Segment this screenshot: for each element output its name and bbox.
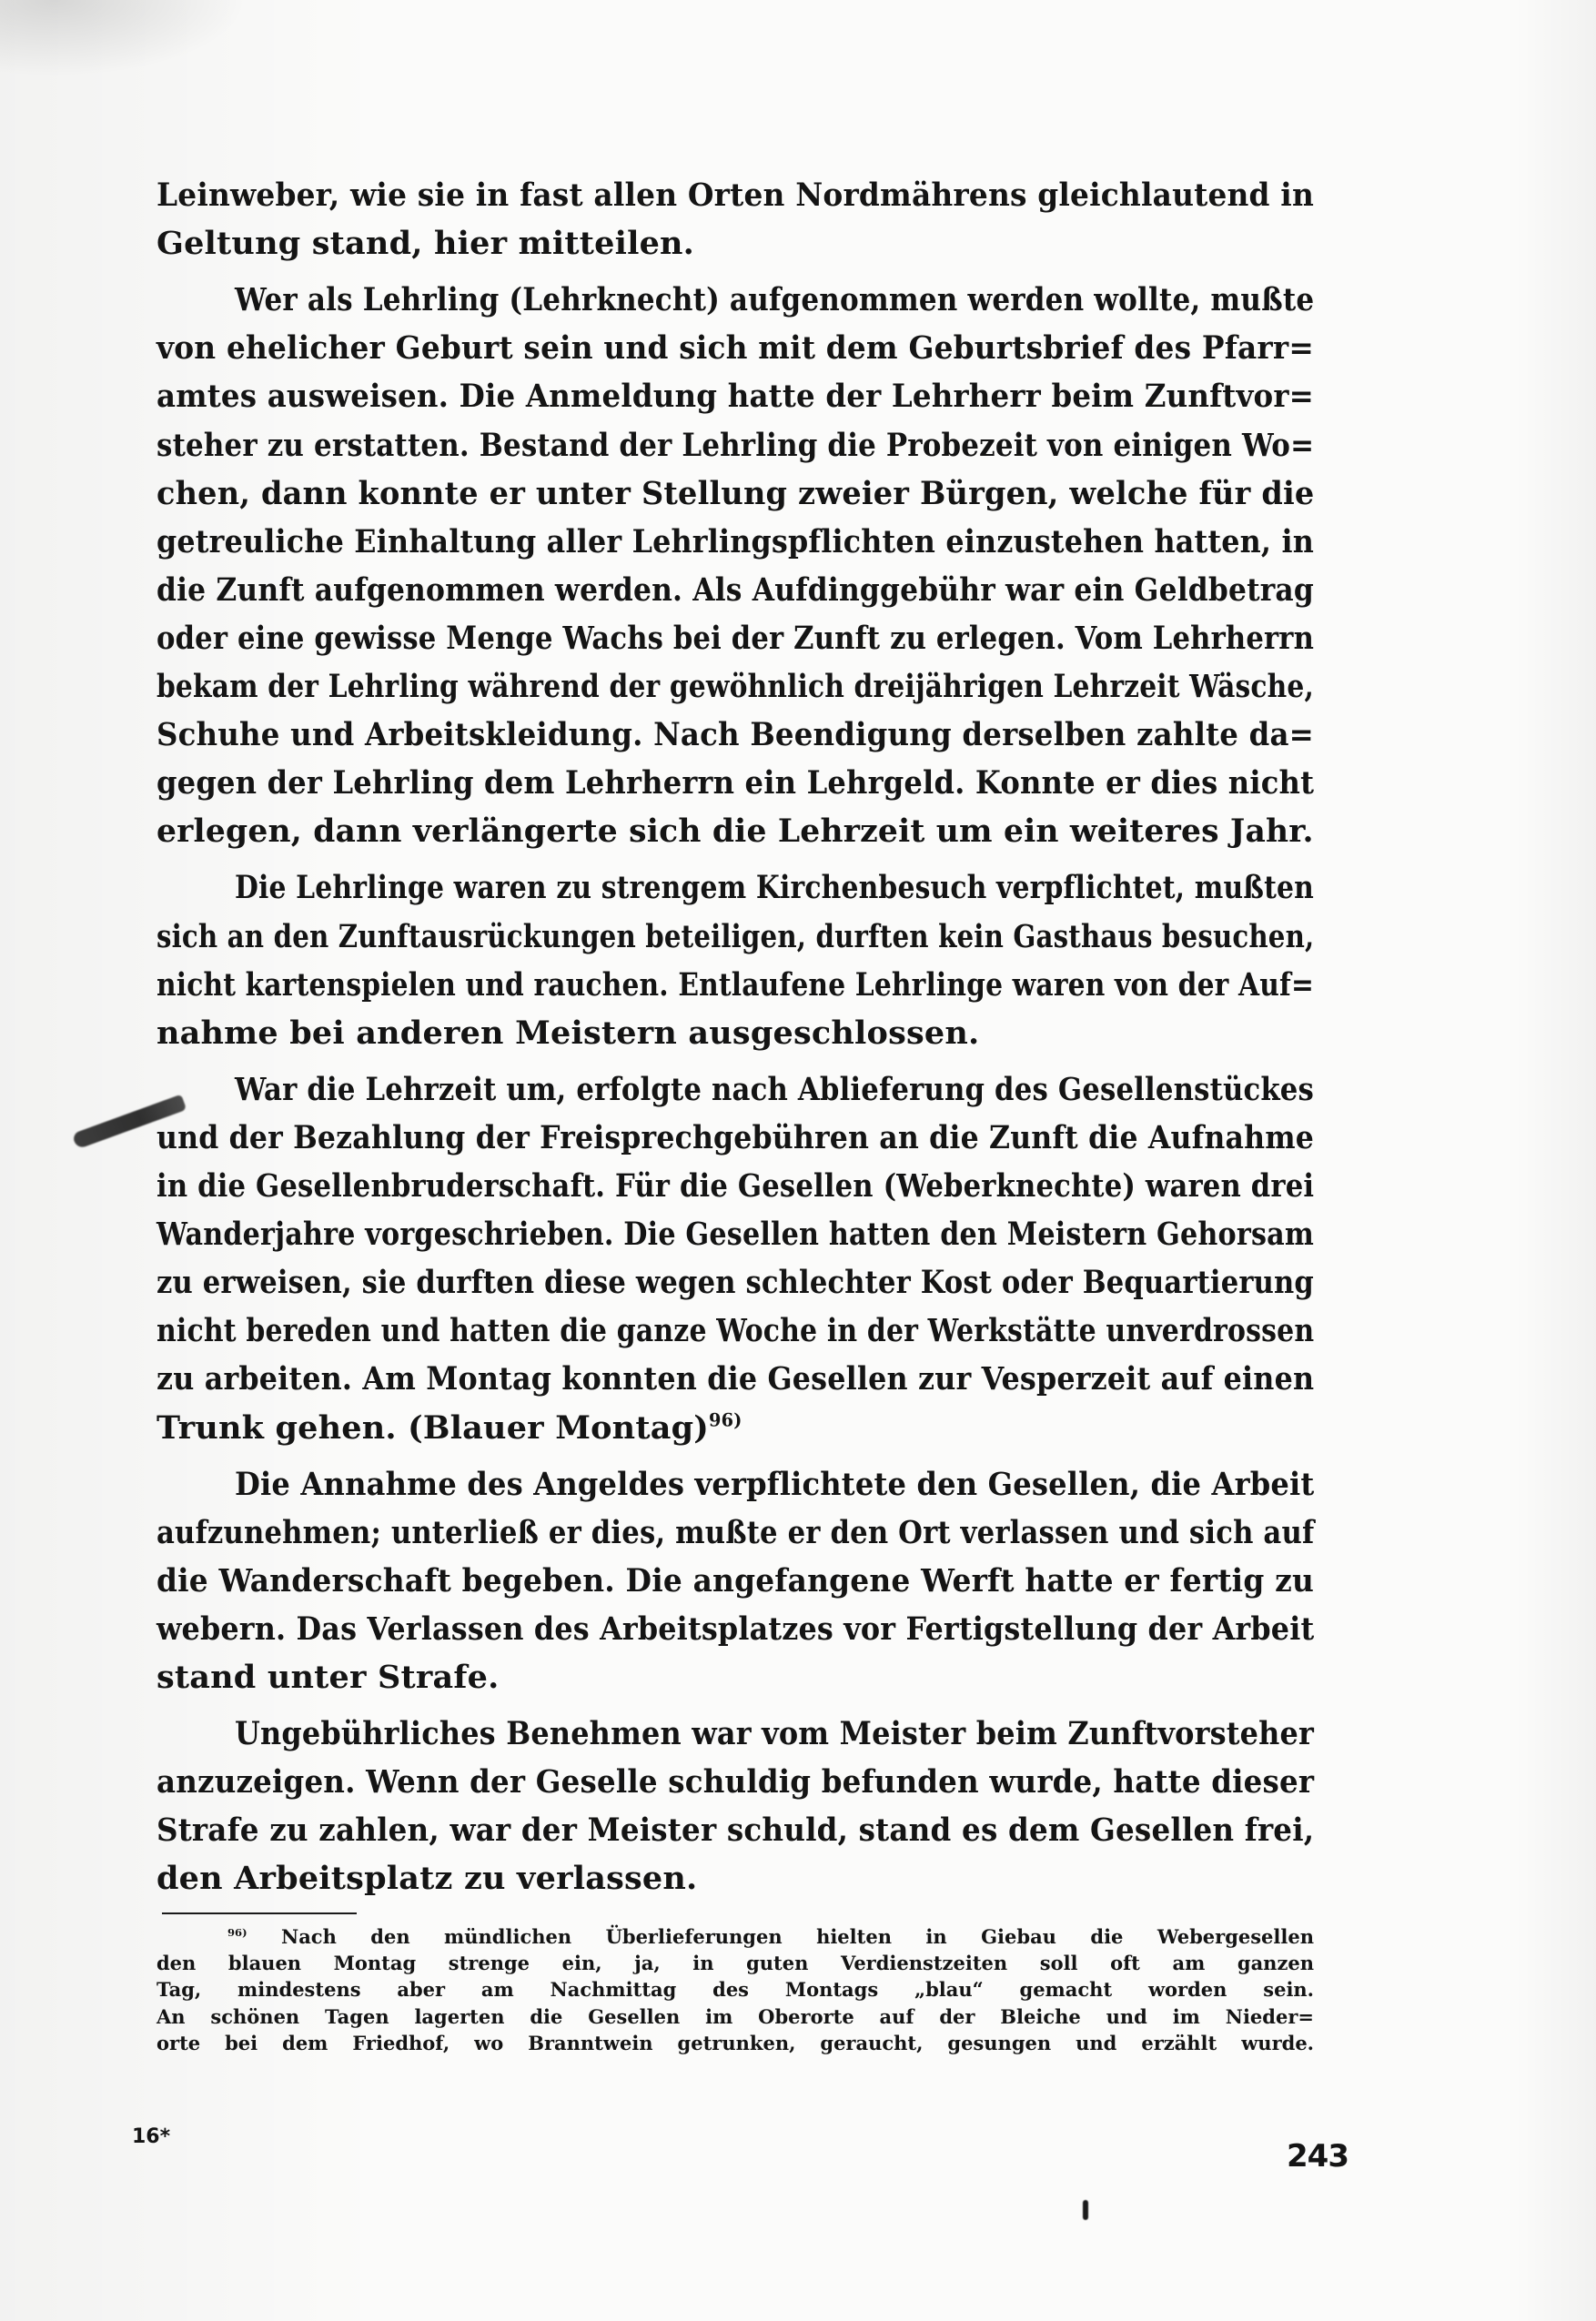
footnote-line-content: Tag, mindestens aber am Nachmittag des M… bbox=[157, 1978, 1314, 2001]
text-line: oder eine gewisse Menge Wachs bei der Zu… bbox=[157, 619, 1314, 659]
text-line: nahme bei anderen Meistern ausgeschlosse… bbox=[157, 1014, 1314, 1054]
text-line-content: nahme bei anderen Meistern ausgeschlosse… bbox=[157, 1014, 979, 1052]
footnote-reference[interactable]: 96) bbox=[709, 1409, 742, 1430]
text-line: bekam der Lehrling während der gewöhnlic… bbox=[157, 667, 1314, 707]
text-line: in die Gesellenbruderschaft. Für die Ges… bbox=[157, 1166, 1314, 1206]
text-line-content: die Zunft aufgenommen werden. Als Aufdin… bbox=[157, 571, 1314, 609]
text-line-content: aufzunehmen; unterließ er dies, mußte er… bbox=[157, 1514, 1314, 1551]
text-line-content: Schuhe und Arbeitskleidung. Nach Beendig… bbox=[157, 716, 1314, 753]
text-line: nicht bereden und hatten die ganze Woche… bbox=[157, 1311, 1314, 1351]
text-line: Die Lehrlinge waren zu strengem Kirchenb… bbox=[235, 868, 1314, 908]
text-line: gegen der Lehrling dem Lehrherrn ein Leh… bbox=[157, 763, 1314, 803]
text-line: den Arbeitsplatz zu verlassen. bbox=[157, 1859, 1314, 1899]
footnote-line: An schönen Tagen lagerten die Gesellen i… bbox=[157, 2004, 1314, 2030]
ink-speck bbox=[1083, 2200, 1088, 2220]
text-line-content: Geltung stand, hier mitteilen. bbox=[157, 225, 694, 262]
signature-mark: 16* bbox=[132, 2125, 170, 2148]
text-line-content: Trunk gehen. (Blauer Montag) bbox=[157, 1409, 709, 1447]
text-line-content: getreuliche Einhaltung aller Lehrlingspf… bbox=[157, 523, 1314, 560]
footnote-line-content: Nach den mündlichen Überlieferungen hiel… bbox=[281, 1925, 1314, 1948]
text-line-content: nicht kartenspielen und rauchen. Entlauf… bbox=[157, 966, 1314, 1004]
footnote-line: 96) Nach den mündlichen Überlieferungen … bbox=[227, 1924, 1314, 1950]
text-line: aufzunehmen; unterließ er dies, mußte er… bbox=[157, 1513, 1314, 1553]
text-line-content: Leinweber, wie sie in fast allen Orten N… bbox=[157, 177, 1314, 214]
footnote-marker: 96) bbox=[227, 1926, 247, 1939]
text-line-content: anzuzeigen. Wenn der Geselle schuldig be… bbox=[157, 1763, 1314, 1801]
footnote-line-content: orte bei dem Friedhof, wo Branntwein get… bbox=[157, 2032, 1314, 2054]
text-line-content: steher zu erstatten. Bestand der Lehrlin… bbox=[157, 427, 1314, 464]
footnote-line-content: An schönen Tagen lagerten die Gesellen i… bbox=[157, 2005, 1314, 2028]
text-line: chen, dann konnte er unter Stellung zwei… bbox=[157, 474, 1314, 514]
footnote-line-content: den blauen Montag strenge ein, ja, in gu… bbox=[157, 1952, 1314, 1974]
text-line: erlegen, dann verlängerte sich die Lehrz… bbox=[157, 812, 1314, 852]
text-line: Wanderjahre vorgeschrieben. Die Gesellen… bbox=[157, 1215, 1314, 1255]
text-line: Strafe zu zahlen, war der Meister schuld… bbox=[157, 1811, 1314, 1851]
text-line-content: Die Annahme des Angeldes verpflichtete d… bbox=[235, 1466, 1314, 1503]
text-line: getreuliche Einhaltung aller Lehrlingspf… bbox=[157, 522, 1314, 562]
text-line: sich an den Zunftausrückungen beteiligen… bbox=[157, 917, 1314, 957]
text-line-content: und der Bezahlung der Freisprechgebühren… bbox=[157, 1119, 1314, 1156]
text-line-content: amtes ausweisen. Die Anmeldung hatte der… bbox=[157, 378, 1314, 415]
text-line: Leinweber, wie sie in fast allen Orten N… bbox=[157, 176, 1314, 216]
text-line-content: sich an den Zunftausrückungen beteiligen… bbox=[157, 918, 1314, 955]
text-line-content: in die Gesellenbruderschaft. Für die Ges… bbox=[157, 1167, 1314, 1205]
text-line: War die Lehrzeit um, erfolgte nach Ablie… bbox=[235, 1070, 1314, 1110]
text-line: Trunk gehen. (Blauer Montag)96) bbox=[157, 1408, 1314, 1448]
text-line-content: die Wanderschaft begeben. Die angefangen… bbox=[157, 1562, 1314, 1599]
text-line-content: nicht bereden und hatten die ganze Woche… bbox=[157, 1312, 1314, 1349]
text-line: von ehelicher Geburt sein und sich mit d… bbox=[157, 328, 1314, 368]
text-line-content: War die Lehrzeit um, erfolgte nach Ablie… bbox=[235, 1071, 1314, 1108]
text-line-content: chen, dann konnte er unter Stellung zwei… bbox=[157, 475, 1314, 512]
text-line-content: Strafe zu zahlen, war der Meister schuld… bbox=[157, 1811, 1314, 1849]
text-line: Ungebührliches Benehmen war vom Meister … bbox=[235, 1714, 1314, 1754]
text-line-content: Wer als Lehrling (Lehrknecht) aufgenomme… bbox=[235, 281, 1314, 318]
text-line-content: webern. Das Verlassen des Arbeitsplatzes… bbox=[157, 1610, 1314, 1648]
footnote-line: orte bei dem Friedhof, wo Branntwein get… bbox=[157, 2031, 1314, 2056]
text-line: stand unter Strafe. bbox=[157, 1658, 1314, 1698]
text-line-content: bekam der Lehrling während der gewöhnlic… bbox=[157, 668, 1314, 705]
footnote-line: Tag, mindestens aber am Nachmittag des M… bbox=[157, 1977, 1314, 2003]
text-line: zu arbeiten. Am Montag konnten die Gesel… bbox=[157, 1359, 1314, 1399]
text-line: die Wanderschaft begeben. Die angefangen… bbox=[157, 1561, 1314, 1601]
text-line: Die Annahme des Angeldes verpflichtete d… bbox=[235, 1465, 1314, 1505]
text-line: anzuzeigen. Wenn der Geselle schuldig be… bbox=[157, 1762, 1314, 1802]
text-line: Schuhe und Arbeitskleidung. Nach Beendig… bbox=[157, 715, 1314, 755]
text-line: nicht kartenspielen und rauchen. Entlauf… bbox=[157, 965, 1314, 1005]
text-line: die Zunft aufgenommen werden. Als Aufdin… bbox=[157, 570, 1314, 611]
footnote-rule bbox=[162, 1912, 357, 1914]
text-line: steher zu erstatten. Bestand der Lehrlin… bbox=[157, 426, 1314, 466]
text-line-content: Die Lehrlinge waren zu strengem Kirchenb… bbox=[235, 869, 1314, 906]
text-line: amtes ausweisen. Die Anmeldung hatte der… bbox=[157, 377, 1314, 417]
text-line-content: Wanderjahre vorgeschrieben. Die Gesellen… bbox=[157, 1216, 1314, 1253]
text-line-content: von ehelicher Geburt sein und sich mit d… bbox=[157, 329, 1314, 367]
text-line: Wer als Lehrling (Lehrknecht) aufgenomme… bbox=[235, 280, 1314, 320]
text-line: Geltung stand, hier mitteilen. bbox=[157, 224, 1314, 264]
text-line-content: Ungebührliches Benehmen war vom Meister … bbox=[235, 1715, 1314, 1752]
text-line-content: stand unter Strafe. bbox=[157, 1659, 499, 1696]
text-line: und der Bezahlung der Freisprechgebühren… bbox=[157, 1118, 1314, 1158]
text-line-content: den Arbeitsplatz zu verlassen. bbox=[157, 1860, 697, 1897]
text-line: zu erweisen, sie durften diese wegen sch… bbox=[157, 1263, 1314, 1303]
text-line-content: zu erweisen, sie durften diese wegen sch… bbox=[157, 1264, 1314, 1301]
text-line: webern. Das Verlassen des Arbeitsplatzes… bbox=[157, 1610, 1314, 1650]
text-line-content: erlegen, dann verlängerte sich die Lehrz… bbox=[157, 812, 1314, 850]
text-line-content: oder eine gewisse Menge Wachs bei der Zu… bbox=[157, 620, 1314, 657]
footnote-line: den blauen Montag strenge ein, ja, in gu… bbox=[157, 1951, 1314, 1976]
page-number: 243 bbox=[1287, 2138, 1349, 2175]
text-line-content: gegen der Lehrling dem Lehrherrn ein Leh… bbox=[157, 764, 1314, 802]
text-line-content: zu arbeiten. Am Montag konnten die Gesel… bbox=[157, 1360, 1314, 1398]
